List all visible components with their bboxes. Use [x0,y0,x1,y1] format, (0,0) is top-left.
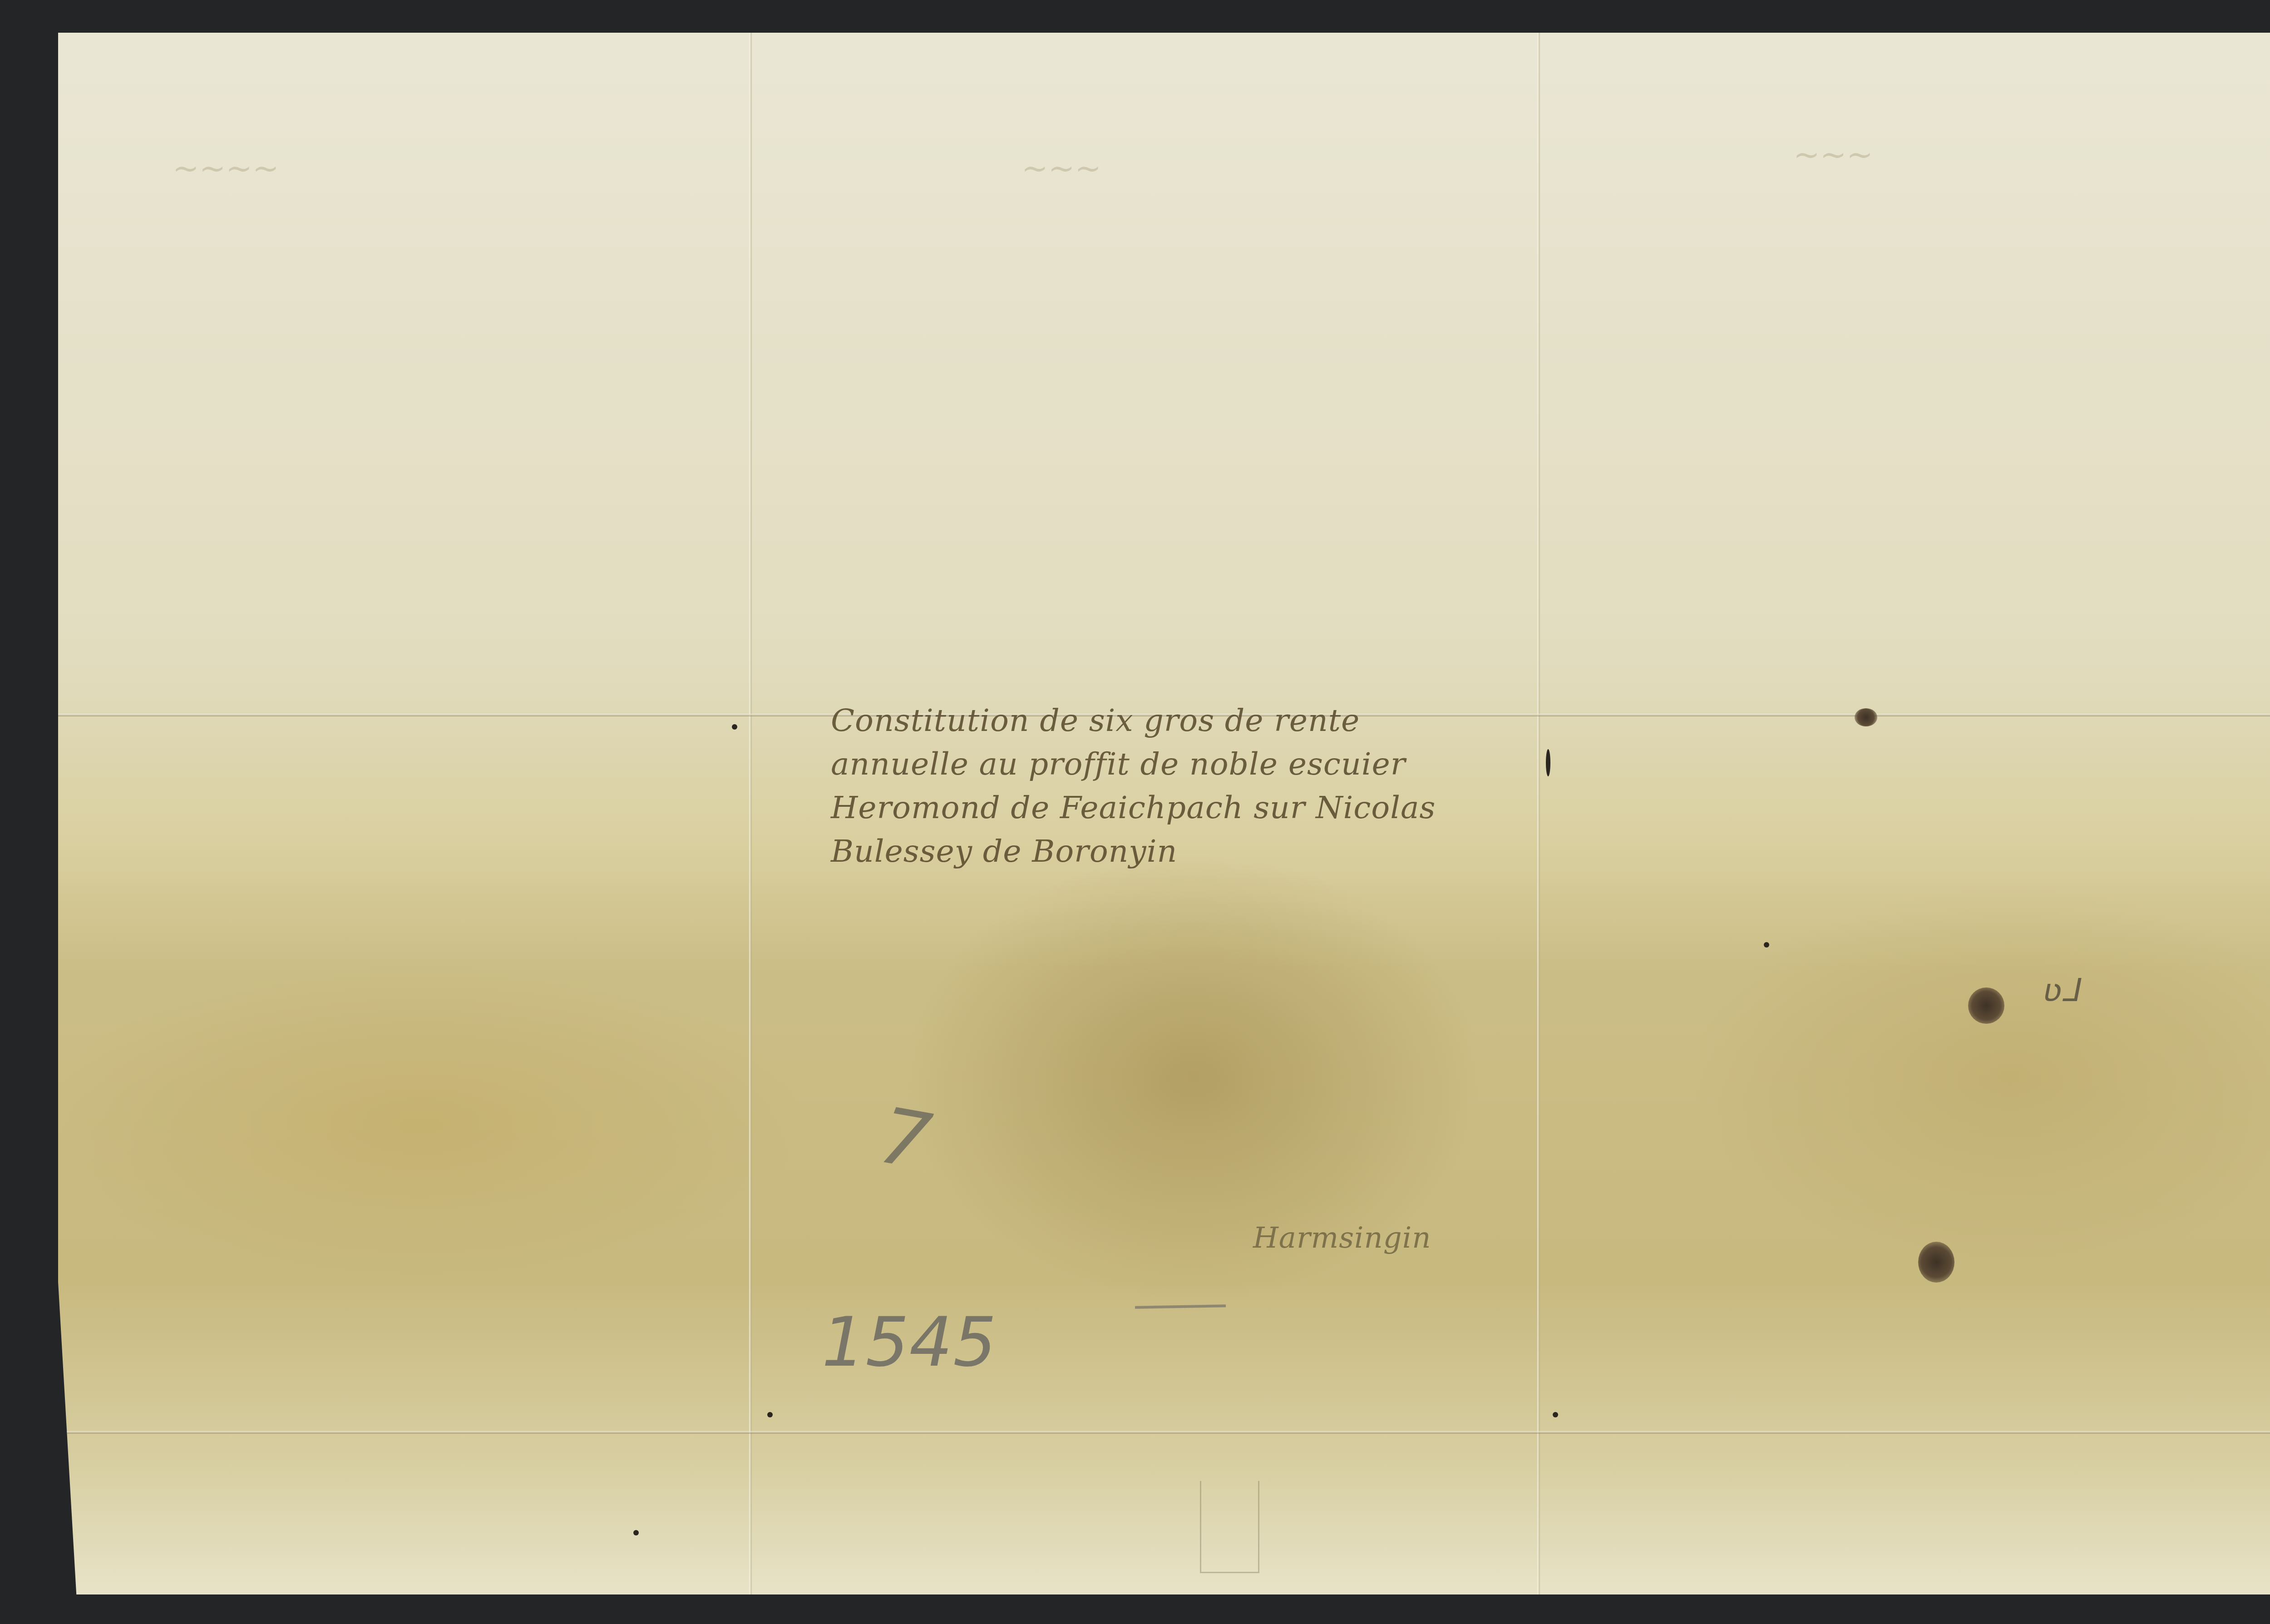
endorsement-line: Bulessey de Boronyin [831,830,1436,874]
ink-stain [1968,987,2004,1024]
pinhole [767,1412,773,1417]
pinhole [1764,942,1769,948]
seal-tab-outline [1200,1481,1259,1573]
archive-number: 1545 [822,1303,997,1382]
tear [1546,749,1550,776]
pinhole [633,1530,639,1535]
ink-stain [1918,1242,1954,1283]
vertical-fold-right [1537,33,1540,1594]
ink-stain [1855,708,1877,726]
bleed-through-text: ~~~ [1793,136,1873,173]
endorsement-text: Constitution de six gros de rente annuel… [831,699,1436,874]
endorsement-line: Heromond de Feaichpach sur Nicolas [831,786,1436,830]
pinhole [732,724,737,730]
faint-ink-mark: ʋ⅃ [2043,972,2081,1009]
bleed-through-text: ~~~ [1021,150,1101,187]
vertical-fold-left [749,33,752,1594]
pinhole [1553,1412,1558,1417]
endorsement-line: Constitution de six gros de rente [831,699,1436,743]
endorsement-line: annuelle au proffit de noble escuier [831,743,1436,786]
signature: Harmsingin [1253,1221,1431,1255]
bleed-through-text: ~~~~ [173,150,279,187]
horizontal-fold-lower [58,1431,2270,1434]
